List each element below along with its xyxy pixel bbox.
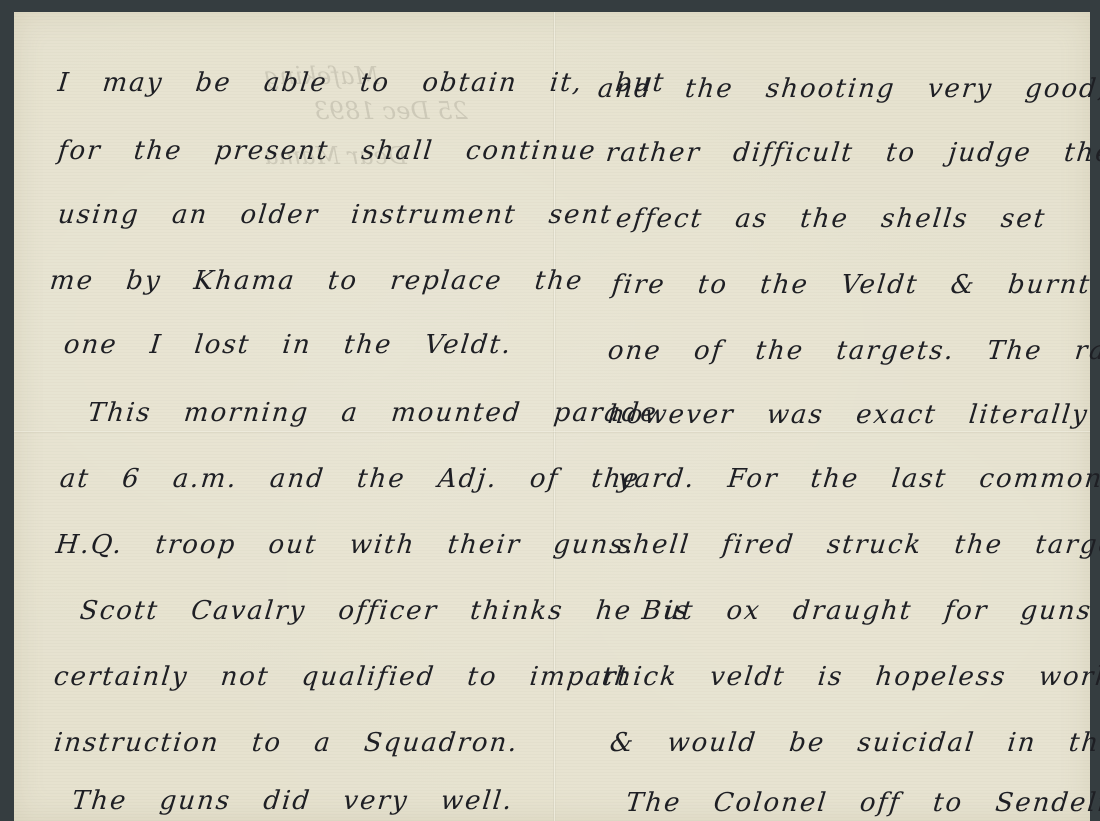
left-line-11: instruction to a Squadron. (52, 728, 520, 758)
left-line-4: me by Khama to replace the (48, 266, 585, 296)
right-page: and the shooting very good, rather diffi… (556, 12, 1090, 821)
right-line-4: fire to the Veldt & burnt up (610, 270, 1100, 300)
right-line-1: and the shooting very good, (596, 74, 1100, 104)
left-line-8: H.Q. troop out with their guns. (54, 530, 636, 560)
right-line-10: thick veldt is hopeless work (600, 662, 1100, 692)
right-line-6: however was exact literally to a (606, 400, 1100, 430)
left-line-7: at 6 a.m. and the Adj. of the (58, 464, 641, 494)
right-line-2: rather difficult to judge the (604, 138, 1100, 168)
left-line-5: one I lost in the Veldt. (62, 330, 513, 360)
right-line-11: & would be suicidal in the field. (608, 728, 1100, 758)
right-line-12: The Colonel off to Sendeli in (624, 788, 1100, 818)
left-page: I may be able to obtain it, but for the … (14, 12, 553, 821)
right-line-3: effect as the shells set (614, 204, 1047, 234)
left-line-3: using an older instrument sent (56, 200, 614, 230)
right-line-8: shell fired struck the target. (616, 530, 1100, 560)
right-line-9: But ox draught for guns in a (640, 596, 1100, 626)
left-line-12: The guns did very well. (70, 786, 514, 816)
right-line-5: one of the targets. The range (606, 336, 1100, 366)
left-line-10: certainly not qualified to impart (52, 662, 631, 692)
right-line-7: yard. For the last common (616, 464, 1100, 494)
left-line-2: for the present shall continue (56, 136, 598, 166)
letter-sheet: Mafeking 25 Dec 1893 Dear Mama I may be … (14, 12, 1090, 821)
